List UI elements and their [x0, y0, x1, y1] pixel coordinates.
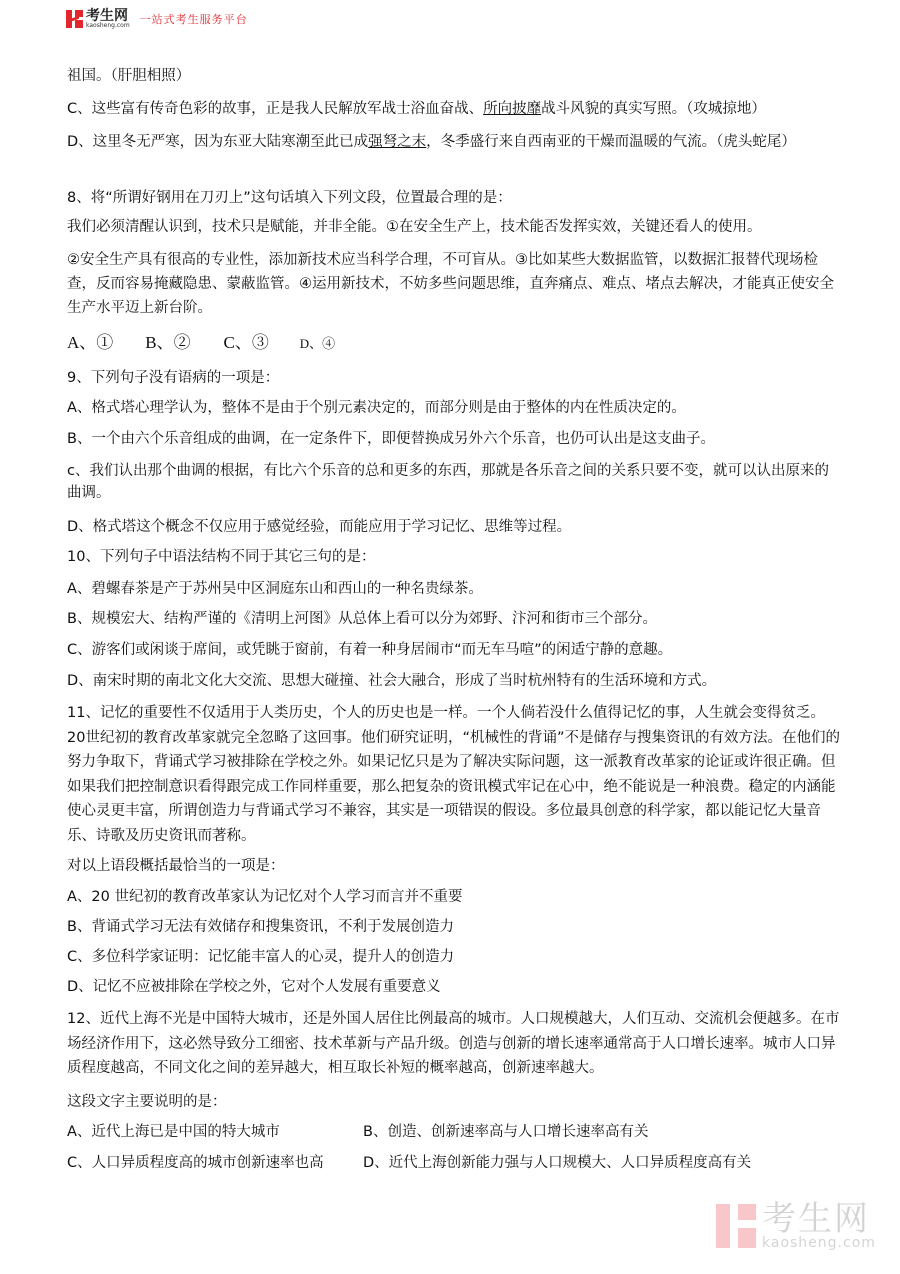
q12-stem: 这段文字主要说明的是：	[67, 1091, 842, 1113]
watermark-text: 考生网 kaosheng.com	[762, 1202, 876, 1250]
q9-stem: 9、下列句子没有语病的一项是：	[67, 367, 842, 389]
q11-option-b: B、背诵式学习无法有效储存和搜集资讯，不利于发展创造力	[67, 916, 842, 938]
q12-options-row-2: C、人口异质程度高的城市创新速率也高 D、近代上海创新能力强与人口规模大、人口异…	[67, 1152, 842, 1174]
q12-option-b: B、创造、创新速率高与人口增长速率高有关	[363, 1121, 648, 1143]
q7-d-suffix: ，冬季盛行来自西南亚的干燥而温暖的气流。（虎头蛇尾）	[426, 134, 796, 150]
q12-option-d: D、近代上海创新能力强与人口规模大、人口异质程度高有关	[363, 1152, 751, 1174]
q7-d-underlined: 强弩之末	[368, 134, 426, 150]
q12-options-row-1: A、近代上海已是中国的特大城市 B、创造、创新速率高与人口增长速率高有关	[67, 1121, 842, 1143]
q9-option-b: B、一个由六个乐音组成的曲调，在一定条件下，即便替换成另外六个乐音，也仍可认出是…	[67, 428, 842, 450]
q7-option-b-tail: 祖国。（肝胆相照）	[67, 65, 842, 87]
q10-stem: 10、下列句子中语法结构不同于其它三句的是：	[67, 546, 842, 568]
q8-option-b: B、②	[145, 332, 219, 354]
q7-c-suffix: 战斗风貌的真实写照。（攻城掠地）	[541, 101, 766, 117]
logo-text: 考生网 kaosheng.com	[86, 9, 130, 29]
q11-passage: 11、记忆的重要性不仅适用于人类历史，个人的历史也是一样。一个人倘若没什么值得记…	[67, 701, 842, 848]
q12-passage: 12、近代上海不光是中国特大城市，还是外国人居住比例最高的城市。人口规模越大，人…	[67, 1007, 842, 1081]
watermark-logo-icon	[716, 1204, 756, 1248]
q8-options: A、① B、② C、③ D、④	[67, 332, 842, 355]
q9-option-c: c、我们认出那个曲调的根据，有比六个乐音的总和更多的东西，那就是各乐音之间的关系…	[67, 460, 842, 504]
watermark-en: kaosheng.com	[762, 1236, 876, 1250]
q7-d-prefix: D、这里冬无严寒，因为东亚大陆寒潮至此已成	[67, 134, 368, 150]
q11-option-c: C、多位科学家证明：记忆能丰富人的心灵，提升人的创造力	[67, 946, 842, 968]
slogan: 一站式考生服务平台	[140, 11, 248, 27]
q11-stem: 对以上语段概括最恰当的一项是：	[67, 855, 842, 877]
q7-option-c: C、这些富有传奇色彩的故事，正是我人民解放军战士浴血奋战、所向披靡战斗风貌的真实…	[67, 98, 842, 120]
q10-option-c: C、游客们或闲谈于席间，或凭眺于窗前，有着一种身居闹市“而无车马喧”的闲适宁静的…	[67, 639, 842, 661]
q10-option-a: A、碧螺春茶是产于苏州吴中区洞庭东山和西山的一种名贵绿茶。	[67, 578, 842, 600]
q8-option-a: A、①	[67, 332, 141, 354]
kaosheng-logo-icon	[66, 10, 83, 28]
q8-option-d: D、④	[300, 333, 335, 355]
q8-stem: 8、将“所谓好钢用在刀刃上”这句话填入下列文段，位置最合理的是：	[67, 187, 842, 209]
q10-option-d: D、南宋时期的南北文化大交流、思想大碰撞、社会大融合，形成了当时杭州特有的生活环…	[67, 670, 842, 692]
q9-option-d: D、格式塔这个概念不仅应用于感觉经验，而能应用于学习记忆、思维等过程。	[67, 516, 842, 538]
logo-cn: 考生网	[86, 9, 130, 23]
q7-c-underlined: 所向披靡	[483, 101, 541, 117]
site-header: 考生网 kaosheng.com 一站式考生服务平台	[66, 7, 248, 31]
q11-option-d: D、记忆不应被排除在学校之外，它对个人发展有重要意义	[67, 976, 842, 998]
q10-option-b: B、规模宏大、结构严谨的《清明上河图》从总体上看可以分为郊野、汴河和街市三个部分…	[67, 608, 842, 630]
q12-option-c: C、人口异质程度高的城市创新速率也高	[67, 1152, 363, 1174]
q7-option-d: D、这里冬无严寒，因为东亚大陆寒潮至此已成强弩之末，冬季盛行来自西南亚的干燥而温…	[67, 131, 842, 153]
q7-c-prefix: C、这些富有传奇色彩的故事，正是我人民解放军战士浴血奋战、	[67, 101, 483, 117]
q12-option-a: A、近代上海已是中国的特大城市	[67, 1121, 363, 1143]
q9-option-a: A、格式塔心理学认为，整体不是由于个别元素决定的，而部分则是由于整体的内在性质决…	[67, 397, 842, 419]
q11-option-a: A、20 世纪初的教育改革家认为记忆对个人学习而言并不重要	[67, 886, 842, 908]
watermark: 考生网 kaosheng.com	[716, 1202, 876, 1250]
q8-option-c: C、③	[224, 332, 296, 354]
q8-passage-1: 我们必须清醒认识到，技术只是赋能，并非全能。①在安全生产上，技术能否发挥实效，关…	[67, 216, 842, 238]
watermark-cn: 考生网	[762, 1202, 876, 1236]
q8-passage-2: ②安全生产具有很高的专业性，添加新技术应当科学合理，不可盲从。③比如某些大数据监…	[67, 248, 842, 320]
logo-en: kaosheng.com	[86, 23, 130, 29]
